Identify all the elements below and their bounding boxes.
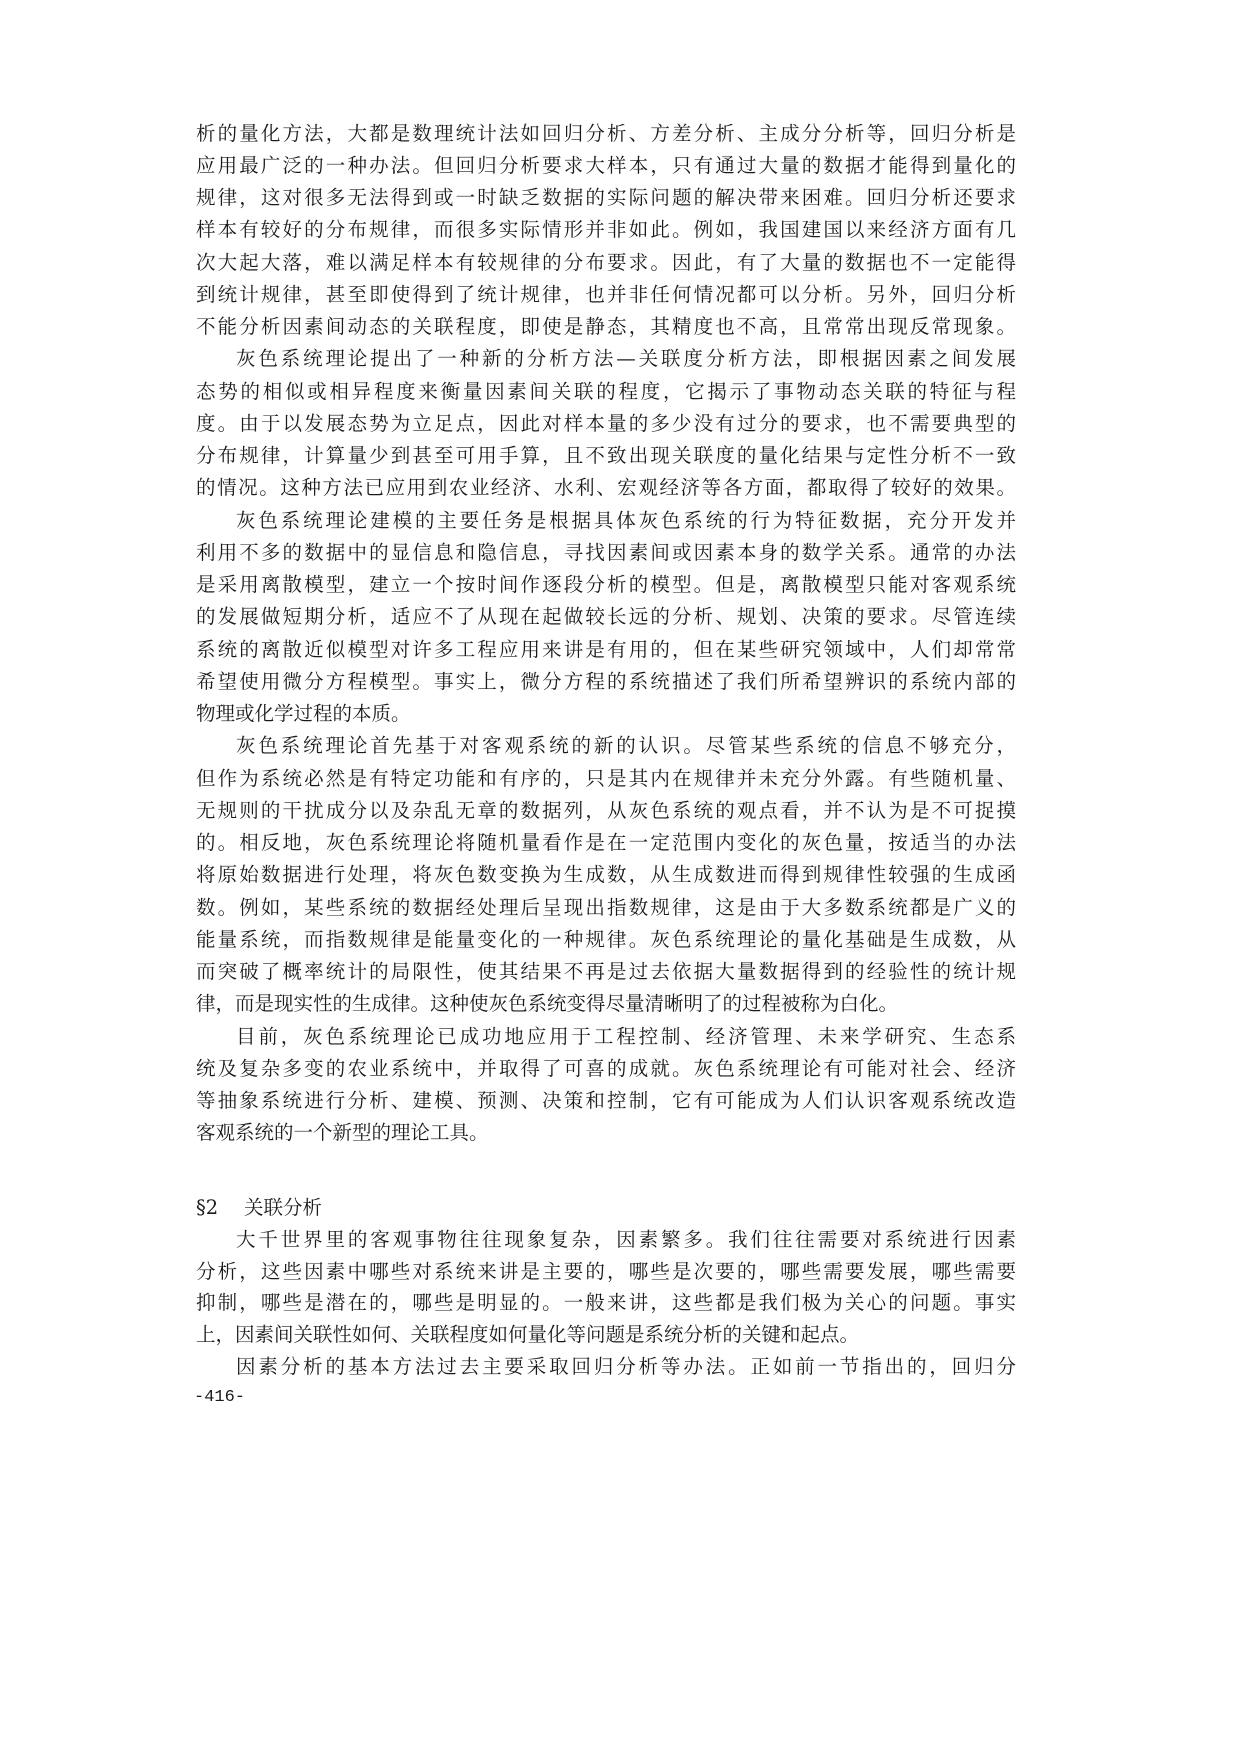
paragraph-5-line-1: 目前，灰色系统理论已成功地应用于工程控制、经济管理、未来学研究、生态系: [236, 1022, 1016, 1052]
page-number: -416-: [194, 1386, 245, 1410]
paragraph-3-line-5: 系统的离散近似模型对许多工程应用来讲是有用的，但在某些研究领域中，人们却常常: [196, 635, 1016, 665]
paragraph-2-line-2: 态势的相似或相异程度来衡量因素间关联的程度，它揭示了事物动态关联的特征与程: [196, 377, 1016, 407]
paragraph-3-line-7: 物理或化学过程的本质。: [196, 699, 1016, 729]
paragraph-4-line-4: 的。相反地，灰色系统理论将随机量看作是在一定范围内变化的灰色量，按适当的办法: [196, 828, 1016, 858]
paragraph-5-line-2: 统及复杂多变的农业系统中，并取得了可喜的成就。灰色系统理论有可能对社会、经济: [196, 1054, 1016, 1084]
section-paragraph-1-line-2: 分析，这些因素中哪些对系统来讲是主要的，哪些是次要的，哪些需要发展，哪些需要: [196, 1257, 1016, 1287]
paragraph-2-line-1: 灰色系统理论提出了一种新的分析方法—关联度分析方法，即根据因素之间发展: [236, 344, 1016, 374]
paragraph-1-line-1: 析的量化方法，大都是数理统计法如回归分析、方差分析、主成分分析等，回归分析是: [196, 119, 1016, 149]
paragraph-4-line-6: 数。例如，某些系统的数据经处理后呈现出指数规律，这是由于大多数系统都是广义的: [196, 893, 1016, 923]
section-paragraph-1-line-3: 抑制，哪些是潜在的，哪些是明显的。一般来讲，这些都是我们极为关心的问题。事实: [196, 1288, 1016, 1318]
section-paragraph-2-line-1: 因素分析的基本方法过去主要采取回归分析等办法。正如前一节指出的，回归分: [236, 1352, 1016, 1382]
paragraph-3-line-6: 希望使用微分方程模型。事实上，微分方程的系统描述了我们所希望辨识的系统内部的: [196, 667, 1016, 697]
paragraph-4-line-3: 无规则的干扰成分以及杂乱无章的数据列，从灰色系统的观点看，并不认为是不可捉摸: [196, 796, 1016, 826]
section-title: 关联分析: [244, 1196, 322, 1219]
section-paragraph-1-line-1: 大千世界里的客观事物往往现象复杂，因素繁多。我们往往需要对系统进行因素: [236, 1225, 1016, 1255]
paragraph-1-line-3: 规律，这对很多无法得到或一时缺乏数据的实际问题的解决带来困难。回归分析还要求: [196, 183, 1016, 213]
paragraph-3-line-1: 灰色系统理论建模的主要任务是根据具体灰色系统的行为特征数据，充分开发并: [236, 506, 1016, 536]
paragraph-4-line-2: 但作为系统必然是有特定功能和有序的，只是其内在规律并未充分外露。有些随机量、: [196, 764, 1016, 794]
paragraph-1-line-4: 样本有较好的分布规律，而很多实际情形并非如此。例如，我国建国以来经济方面有几: [196, 215, 1016, 245]
section-paragraph-1-line-4: 上，因素间关联性如何、关联程度如何量化等问题是系统分析的关键和起点。: [196, 1320, 1016, 1350]
paragraph-4-line-7: 能量系统，而指数规律是能量变化的一种规律。灰色系统理论的量化基础是生成数，从: [196, 925, 1016, 955]
paragraph-5-line-3: 等抽象系统进行分析、建模、预测、决策和控制，它有可能成为人们认识客观系统改造: [196, 1086, 1016, 1116]
paragraph-1-line-5: 次大起大落，难以满足样本有较规律的分布要求。因此，有了大量的数据也不一定能得: [196, 248, 1016, 278]
paragraph-2-line-5: 的情况。这种方法已应用到农业经济、水利、宏观经济等各方面，都取得了较好的效果。: [196, 473, 1016, 503]
paragraph-1-line-7: 不能分析因素间动态的关联程度，即使是静态，其精度也不高，且常常出现反常现象。: [196, 312, 1016, 342]
paragraph-2-line-4: 分布规律，计算量少到甚至可用手算，且不致出现关联度的量化结果与定性分析不一致: [196, 441, 1016, 471]
paragraph-4-line-1: 灰色系统理论首先基于对客观系统的新的认识。尽管某些系统的信息不够充分，: [236, 731, 1016, 761]
paragraph-1-line-6: 到统计规律，甚至即使得到了统计规律，也并非任何情况都可以分析。另外，回归分析: [196, 280, 1016, 310]
paragraph-5-line-4: 客观系统的一个新型的理论工具。: [196, 1118, 1016, 1148]
document-page: 析的量化方法，大都是数理统计法如回归分析、方差分析、主成分分析等，回归分析是 应…: [0, 0, 1241, 1755]
paragraph-2-line-3: 度。由于以发展态势为立足点，因此对样本量的多少没有过分的要求，也不需要典型的: [196, 409, 1016, 439]
paragraph-4-line-5: 将原始数据进行处理，将灰色数变换为生成数，从生成数进而得到规律性较强的生成函: [196, 860, 1016, 890]
paragraph-1-line-2: 应用最广泛的一种办法。但回归分析要求大样本，只有通过大量的数据才能得到量化的: [196, 151, 1016, 181]
paragraph-3-line-2: 利用不多的数据中的显信息和隐信息，寻找因素间或因素本身的数学关系。通常的办法: [196, 538, 1016, 568]
section-number: §2: [196, 1193, 244, 1223]
paragraph-4-line-9: 律，而是现实性的生成律。这种使灰色系统变得尽量清晰明了的过程被称为白化。: [196, 989, 1016, 1019]
section-heading: §2关联分析: [196, 1193, 322, 1223]
paragraph-4-line-8: 而突破了概率统计的局限性，使其结果不再是过去依据大量数据得到的经验性的统计规: [196, 957, 1016, 987]
paragraph-3-line-4: 的发展做短期分析，适应不了从现在起做较长远的分析、规划、决策的要求。尽管连续: [196, 602, 1016, 632]
paragraph-3-line-3: 是采用离散模型，建立一个按时间作逐段分析的模型。但是，离散模型只能对客观系统: [196, 570, 1016, 600]
